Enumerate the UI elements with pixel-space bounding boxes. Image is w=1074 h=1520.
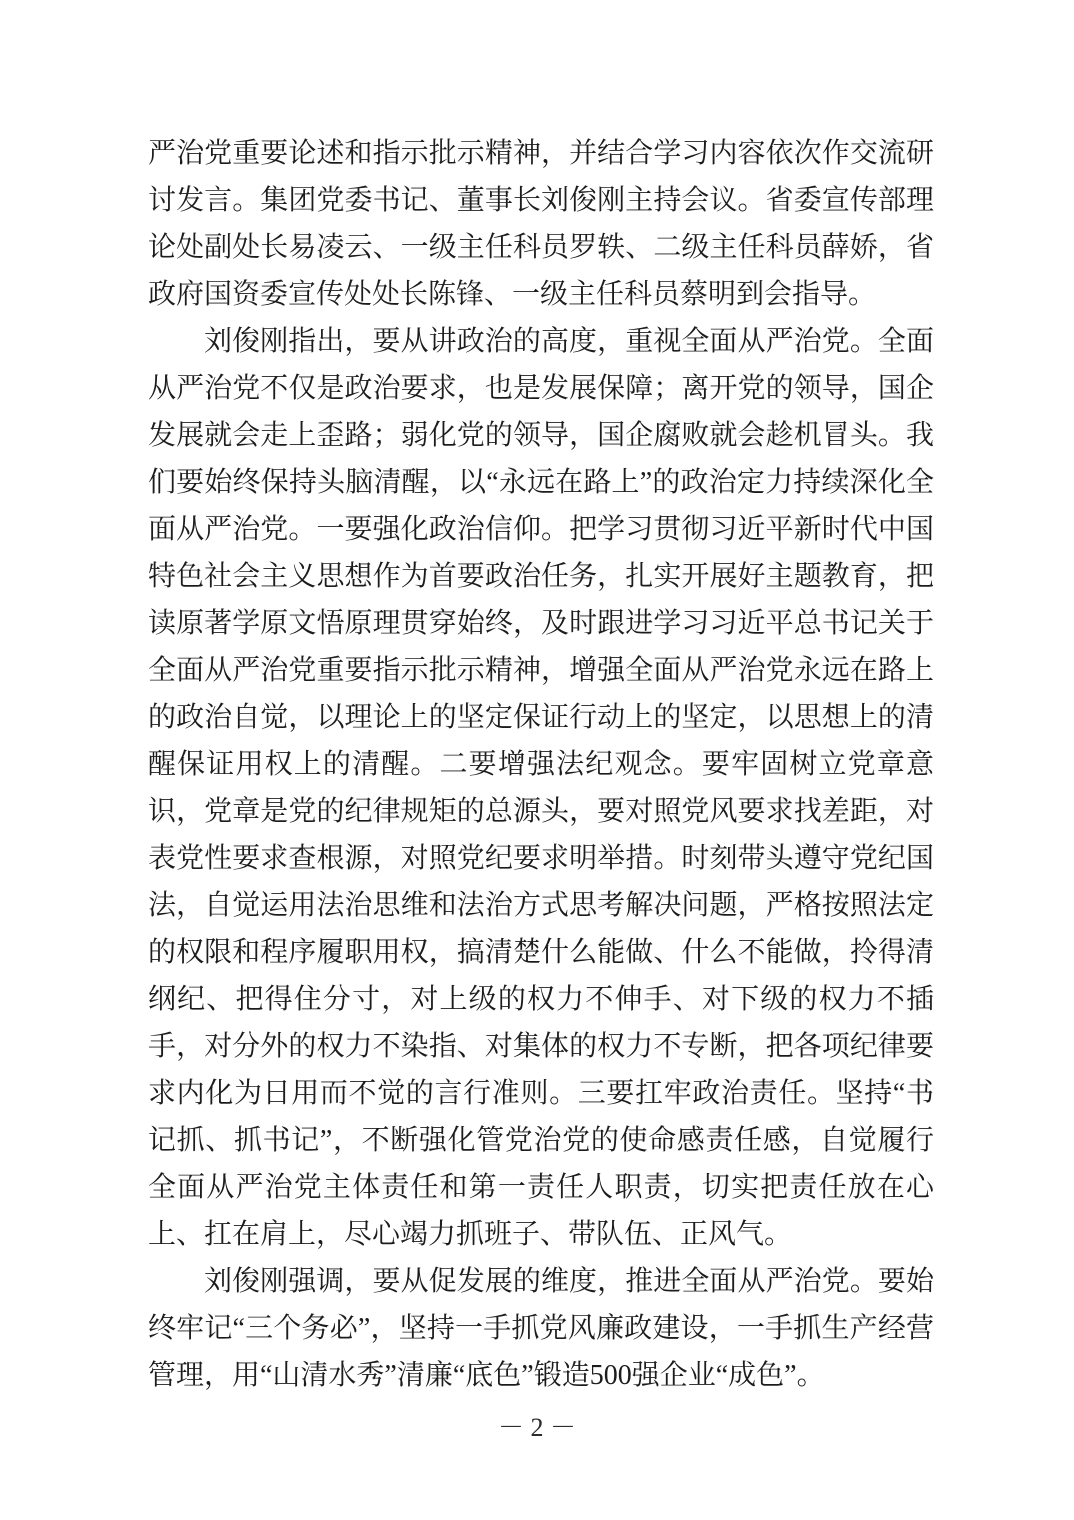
body-paragraph: 刘俊刚强调，要从促发展的维度，推进全面从严治党。要始终牢记“三个务必”，坚持一手… <box>148 1258 934 1399</box>
document-body: 严治党重要论述和指示批示精神，并结合学习内容依次作交流研讨发言。集团党委书记、董… <box>148 130 934 1399</box>
document-page: 严治党重要论述和指示批示精神，并结合学习内容依次作交流研讨发言。集团党委书记、董… <box>0 0 1074 1520</box>
page-number: － 2 － <box>0 1412 1074 1444</box>
body-paragraph: 刘俊刚指出，要从讲政治的高度，重视全面从严治党。全面从严治党不仅是政治要求，也是… <box>148 318 934 1258</box>
body-paragraph: 严治党重要论述和指示批示精神，并结合学习内容依次作交流研讨发言。集团党委书记、董… <box>148 130 934 318</box>
